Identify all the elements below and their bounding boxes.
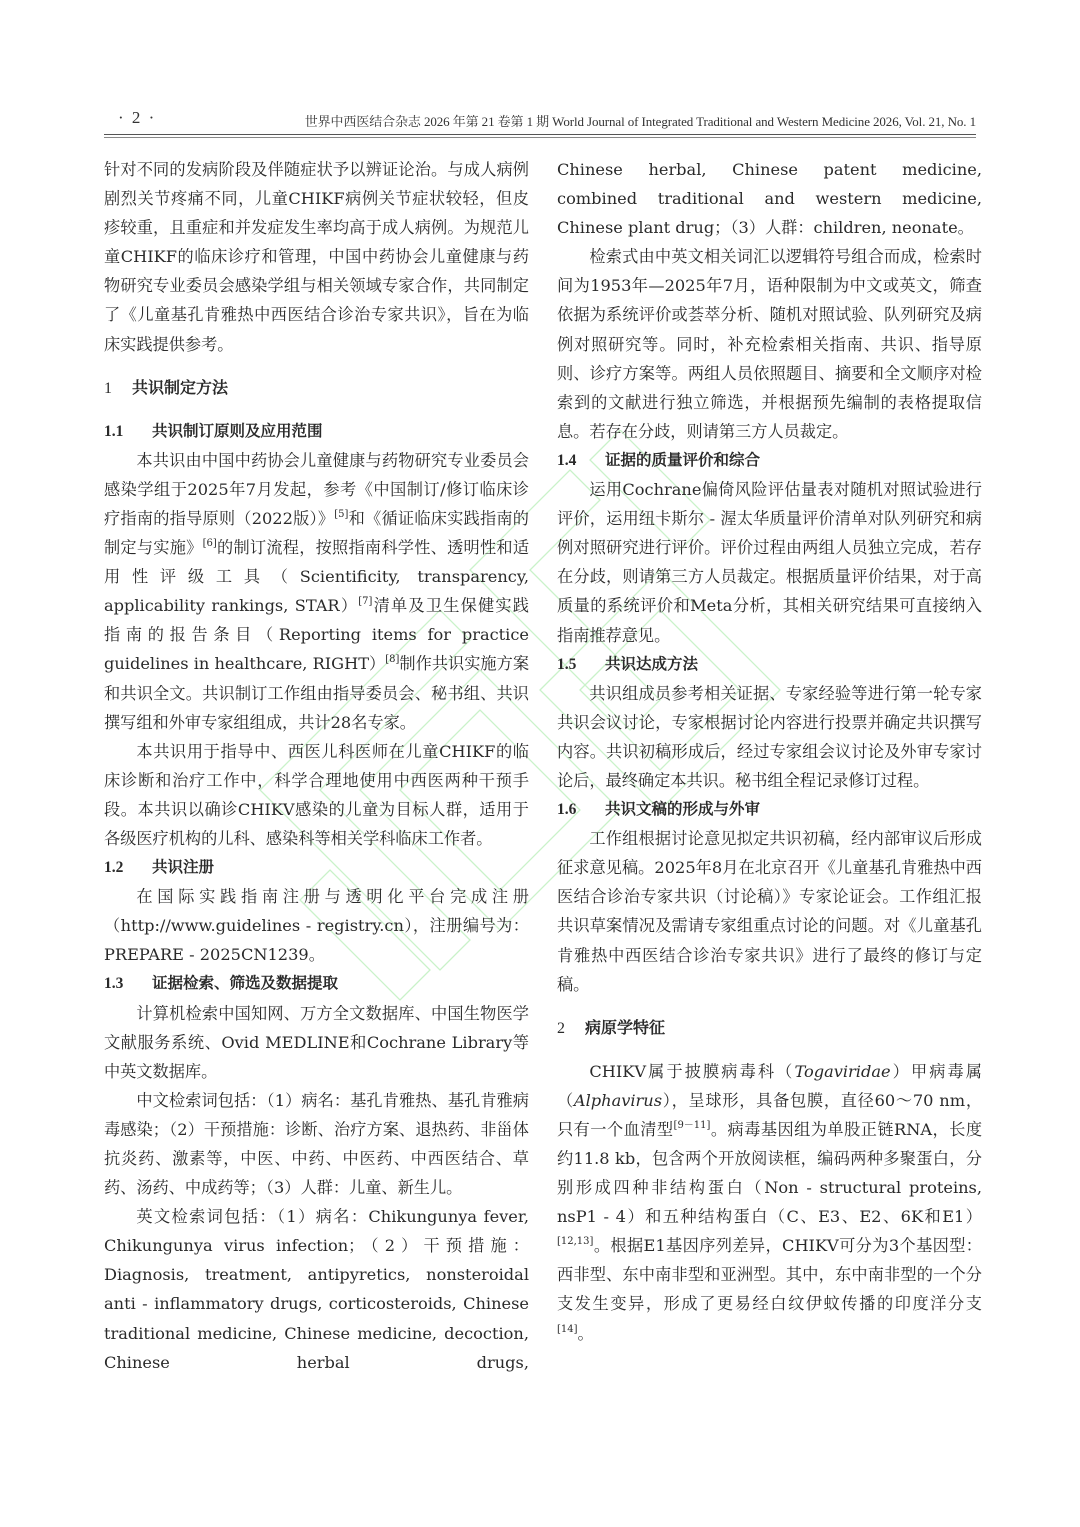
subsection-1-3-heading: 1.3证据检索、筛选及数据提取 bbox=[104, 969, 529, 998]
subsection-1-3-paragraph-3-continued: Chinese herbal, Chinese patent medicine,… bbox=[557, 155, 982, 242]
subsection-1-3-paragraph-4: 检索式由中英文相关词汇以逻辑符号组合而成，检索时间为1953年—2025年7月，… bbox=[557, 242, 982, 446]
subsection-1-1-heading: 1.1共识制订原则及应用范围 bbox=[104, 417, 529, 446]
subsection-1-3-paragraph-2: 中文检索词包括：（1）病名：基孔肯雅热、基孔肯雅病毒感染；（2）干预措施：诊断、… bbox=[104, 1086, 529, 1202]
subsection-1-3-paragraph-3: 英文检索词包括：（1）病名：Chikungunya fever, Chikung… bbox=[104, 1202, 529, 1377]
taxon-family: Togaviridae bbox=[794, 1062, 890, 1081]
left-column: 针对不同的发病阶段及伴随症状予以辨证论治。与成人病例剧烈关节疼痛不同，儿童CHI… bbox=[104, 155, 529, 1377]
header-rule-top bbox=[104, 134, 976, 135]
subsection-1-5-paragraph: 共识组成员参考相关证据、专家经验等进行第一轮专家共识会议讨论，专家根据讨论内容进… bbox=[557, 679, 982, 795]
intro-paragraph: 针对不同的发病阶段及伴随症状予以辨证论治。与成人病例剧烈关节疼痛不同，儿童CHI… bbox=[104, 155, 529, 359]
citation: [5] bbox=[334, 509, 348, 520]
right-column: Chinese herbal, Chinese patent medicine,… bbox=[557, 155, 982, 1348]
citation: [12,13] bbox=[557, 1236, 593, 1247]
subsection-1-1-paragraph-2: 本共识用于指导中、西医儿科医师在儿童CHIKF的临床诊断和治疗工作中，科学合理地… bbox=[104, 737, 529, 853]
subsection-1-2-paragraph: 在国际实践指南注册与透明化平台完成注册（http://www.guideline… bbox=[104, 882, 529, 969]
subsection-1-6-heading: 1.6共识文稿的形成与外审 bbox=[557, 795, 982, 824]
section-2-heading: 2病原学特征 bbox=[557, 999, 982, 1057]
citation: [6] bbox=[203, 538, 217, 549]
citation: [9－11] bbox=[674, 1120, 711, 1131]
section-1-heading: 1共识制定方法 bbox=[104, 359, 529, 417]
section-2-paragraph: CHIKV属于披膜病毒科（Togaviridae）甲病毒属（Alphavirus… bbox=[557, 1057, 982, 1348]
page-number: · 2 · bbox=[118, 108, 156, 128]
subsection-1-1-paragraph-1: 本共识由中国中药协会儿童健康与药物研究专业委员会感染学组于2025年7月发起，参… bbox=[104, 446, 529, 737]
subsection-1-4-paragraph: 运用Cochrane偏倚风险评估量表对随机对照试验进行评价，运用纽卡斯尔 - 渥… bbox=[557, 475, 982, 650]
taxon-genus: Alphavirus bbox=[574, 1091, 662, 1110]
subsection-1-6-paragraph: 工作组根据讨论意见拟定共识初稿，经内部审议后形成征求意见稿。2025年8月在北京… bbox=[557, 824, 982, 999]
running-header: · 2 · 世界中西医结合杂志 2026 年第 21 卷第 1 期 World … bbox=[104, 108, 976, 130]
subsection-1-2-heading: 1.2共识注册 bbox=[104, 853, 529, 882]
citation: [8] bbox=[385, 654, 399, 665]
journal-title: 世界中西医结合杂志 2026 年第 21 卷第 1 期 World Journa… bbox=[305, 111, 976, 130]
subsection-1-5-heading: 1.5共识达成方法 bbox=[557, 650, 982, 679]
subsection-1-4-heading: 1.4证据的质量评价和综合 bbox=[557, 446, 982, 475]
subsection-1-3-paragraph-1: 计算机检索中国知网、万方全文数据库、中国生物医学文献服务系统、Ovid MEDL… bbox=[104, 999, 529, 1086]
citation: [7] bbox=[358, 596, 372, 607]
citation: [14] bbox=[557, 1324, 578, 1335]
header-rule-bottom bbox=[104, 137, 976, 138]
